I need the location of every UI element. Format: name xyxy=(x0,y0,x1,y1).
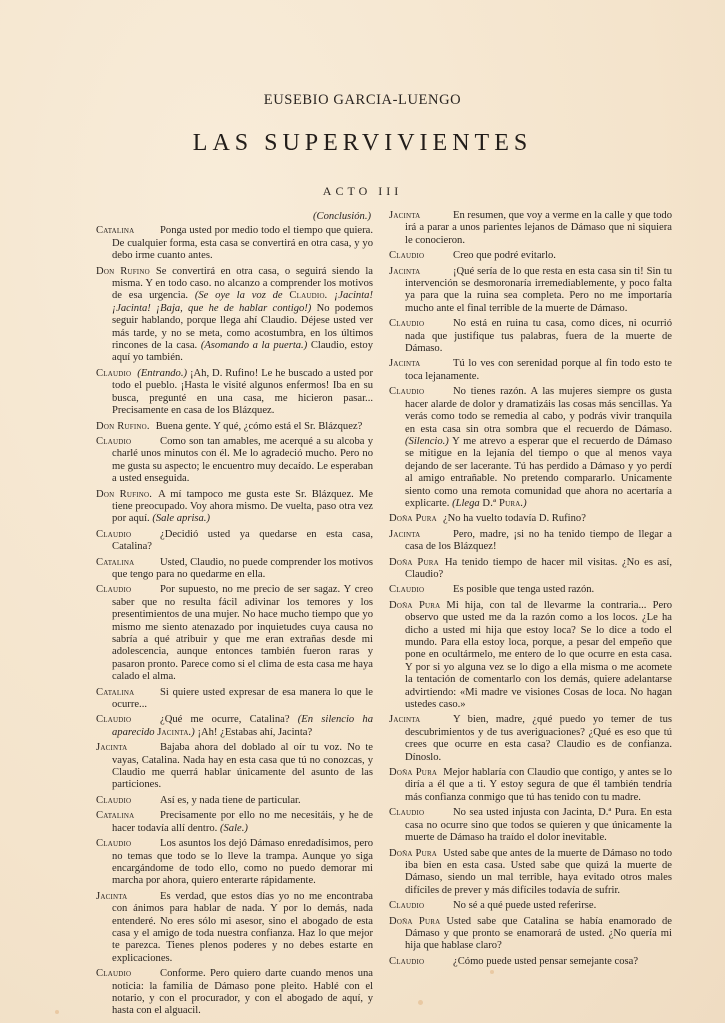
stage-speaker: Jacinta xyxy=(157,727,188,738)
speaker-name: Catalina xyxy=(96,557,154,569)
speech: CatalinaUsted, Claudio, no puede compren… xyxy=(96,557,373,582)
speaker-name: Doña Pura xyxy=(389,916,440,927)
speaker-name: Doña Pura xyxy=(389,600,440,611)
speech: ClaudioCreo que podré evitarlo. xyxy=(389,250,672,262)
speaker-name: Claudio xyxy=(96,968,154,980)
speech: Don Rufino.A mí tampoco me gusta este Sr… xyxy=(96,489,373,526)
speech: Don Rufino.Buena gente. Y qué, ¿cómo est… xyxy=(96,421,373,433)
speech-text: Así es, y nada tiene de particular. xyxy=(160,795,301,806)
stage-direction: (Silencio.) xyxy=(405,436,449,447)
speech: ClaudioEs posible que tenga usted razón. xyxy=(389,584,672,596)
speaker-name: Don Rufino xyxy=(96,266,150,277)
speech: Claudio¿Qué me ocurre, Catalina? (En sil… xyxy=(96,714,373,739)
speech: JacintaTú lo ves con serenidad porque al… xyxy=(389,358,672,383)
speech: JacintaY bien, madre, ¿qué puedo yo teme… xyxy=(389,714,672,764)
speaker-name: Jacinta xyxy=(389,358,447,370)
speaker-name: Claudio xyxy=(389,900,447,912)
speech: ClaudioLos asuntos los dejó Dámaso enred… xyxy=(96,838,373,888)
speech: JacintaBajaba ahora del doblado al oír t… xyxy=(96,742,373,792)
speaker-name: Jacinta xyxy=(96,891,154,903)
speech-text: Mejor hablaría con Claudio que contigo, … xyxy=(405,767,672,803)
speech: CatalinaPrecisamente por ello no me nece… xyxy=(96,810,373,835)
speech: Doña Pura¿No ha vuelto todavía D. Rufino… xyxy=(389,513,672,525)
speech: Doña PuraUsted sabe que antes de la muer… xyxy=(389,848,672,898)
speech: Doña PuraHa tenido tiempo de hacer mil v… xyxy=(389,557,672,582)
speech: CatalinaPonga usted por medio todo el ti… xyxy=(96,225,373,262)
speaker-name: Doña Pura xyxy=(389,513,437,524)
speaker-name: Catalina xyxy=(96,687,154,699)
speech-text: ¿No ha vuelto todavía D. Rufino? xyxy=(443,513,586,524)
speaker-name: Claudio xyxy=(389,318,447,330)
speaker-name: Don Rufino. xyxy=(96,489,152,500)
speaker-name: Doña Pura xyxy=(389,848,437,859)
speech: CatalinaSi quiere usted expresar de esa … xyxy=(96,687,373,712)
stage-direction: (Se oye la voz de xyxy=(195,290,290,301)
stage-direction: .) xyxy=(521,498,527,509)
act-heading: ACTO III xyxy=(0,184,725,199)
speaker-name: Claudio xyxy=(389,956,447,968)
right-column: JacintaEn resumen, que voy a verme en la… xyxy=(389,210,672,971)
speaker-name: Catalina xyxy=(96,225,154,237)
speaker-name: Claudio xyxy=(389,807,447,819)
speech-text: No sé a qué puede usted referirse. xyxy=(453,900,596,911)
stage-direction: (Asomando a la puerta.) xyxy=(201,340,307,351)
speaker-name: Claudio xyxy=(96,795,154,807)
speaker-name: Catalina xyxy=(96,810,154,822)
speech: ClaudioNo sea usted injusta con Jacinta,… xyxy=(389,807,672,844)
speech: JacintaEs verdad, que estos días yo no m… xyxy=(96,891,373,965)
author-name: EUSEBIO GARCIA-LUENGO xyxy=(0,92,725,109)
speech: ClaudioNo está en ruina tu casa, como di… xyxy=(389,318,672,355)
speech: ClaudioNo tienes razón. A las mujeres si… xyxy=(389,386,672,510)
speech: ClaudioComo son tan amables, me acerqué … xyxy=(96,436,373,486)
speaker-name: Jacinta xyxy=(389,714,447,726)
speech: ClaudioNo sé a qué puede usted referirse… xyxy=(389,900,672,912)
play-title: LAS SUPERVIVIENTES xyxy=(0,130,725,157)
speaker-name: Claudio xyxy=(389,584,447,596)
speaker-name: Doña Pura xyxy=(389,557,439,568)
speech: JacintaEn resumen, que voy a verme en la… xyxy=(389,210,672,247)
stage-direction: (Entrando.) xyxy=(137,368,187,379)
speech: Don RufinoSe convertirá en otra casa, o … xyxy=(96,266,373,365)
speaker-name: Claudio xyxy=(96,714,154,726)
left-column: (Conclusión.) CatalinaPonga usted por me… xyxy=(96,211,373,1021)
stage-direction: (Llega xyxy=(452,498,482,509)
speech-text: Mi hija, con tal de llevarme la contrari… xyxy=(405,600,672,710)
speech: ClaudioPor supuesto, no me precio de ser… xyxy=(96,584,373,683)
speaker-name: Jacinta xyxy=(389,266,447,278)
speech: Doña PuraUsted sabe que Catalina se habí… xyxy=(389,916,672,953)
speech-text: ¿Qué me ocurre, Catalina? xyxy=(160,714,298,725)
speaker-name: Claudio xyxy=(96,436,154,448)
speech-text: ¿Cómo puede usted pensar semejante cosa? xyxy=(453,956,638,967)
speaker-name: Claudio xyxy=(389,250,447,262)
speech: JacintaPero, madre, ¡si no ha tenido tie… xyxy=(389,529,672,554)
speech: Jacinta¡Qué sería de lo que resta en est… xyxy=(389,266,672,316)
book-page: EUSEBIO GARCIA-LUENGO LAS SUPERVIVIENTES… xyxy=(0,0,725,1023)
speaker-name: Jacinta xyxy=(389,210,447,222)
speech-text: ¡Ah! ¿Estabas ahí, Jacinta? xyxy=(195,727,312,738)
speaker-name: Claudio xyxy=(96,368,131,379)
stage-direction: (Sale aprisa.) xyxy=(152,513,210,524)
speaker-name: Claudio xyxy=(389,386,447,398)
speech-text: Ha tenido tiempo de hacer mil visitas. ¿… xyxy=(405,557,672,580)
stage-speaker: D.ª Pura xyxy=(482,498,520,509)
speech-text: Usted sabe que Catalina se había enamora… xyxy=(405,916,672,952)
paper-stain xyxy=(418,1000,423,1005)
speaker-name: Doña Pura xyxy=(389,767,437,778)
speech: Claudio(Entrando.) ¡Ah, D. Rufino! Le he… xyxy=(96,368,373,418)
speech: Claudio¿Decidió usted ya quedarse en est… xyxy=(96,529,373,554)
speaker-name: Jacinta xyxy=(96,742,154,754)
conclusion-note: (Conclusión.) xyxy=(96,211,371,223)
speech-text: Usted sabe que antes de la muerte de Dám… xyxy=(405,848,672,896)
speech-text: Buena gente. Y qué, ¿cómo está el Sr. Bl… xyxy=(156,421,363,432)
speaker-name: Claudio xyxy=(96,838,154,850)
speech-text: Creo que podré evitarlo. xyxy=(453,250,556,261)
speech: ClaudioAsí es, y nada tiene de particula… xyxy=(96,795,373,807)
speech: Doña PuraMi hija, con tal de llevarme la… xyxy=(389,600,672,712)
speech: Doña PuraMejor hablaría con Claudio que … xyxy=(389,767,672,804)
speaker-name: Jacinta xyxy=(389,529,447,541)
stage-speaker: Claudio xyxy=(289,290,324,301)
speaker-name: Claudio xyxy=(96,529,154,541)
speaker-name: Claudio xyxy=(96,584,154,596)
speech-text: Por supuesto, no me precio de ser sagaz.… xyxy=(112,584,373,682)
speaker-name: Don Rufino. xyxy=(96,421,150,432)
stage-direction: (Sale.) xyxy=(220,823,248,834)
paper-stain xyxy=(55,1010,59,1014)
speech: Claudio¿Cómo puede usted pensar semejant… xyxy=(389,956,672,968)
speech-text: Es posible que tenga usted razón. xyxy=(453,584,594,595)
speech: ClaudioConforme. Pero quiero darte cuand… xyxy=(96,968,373,1018)
